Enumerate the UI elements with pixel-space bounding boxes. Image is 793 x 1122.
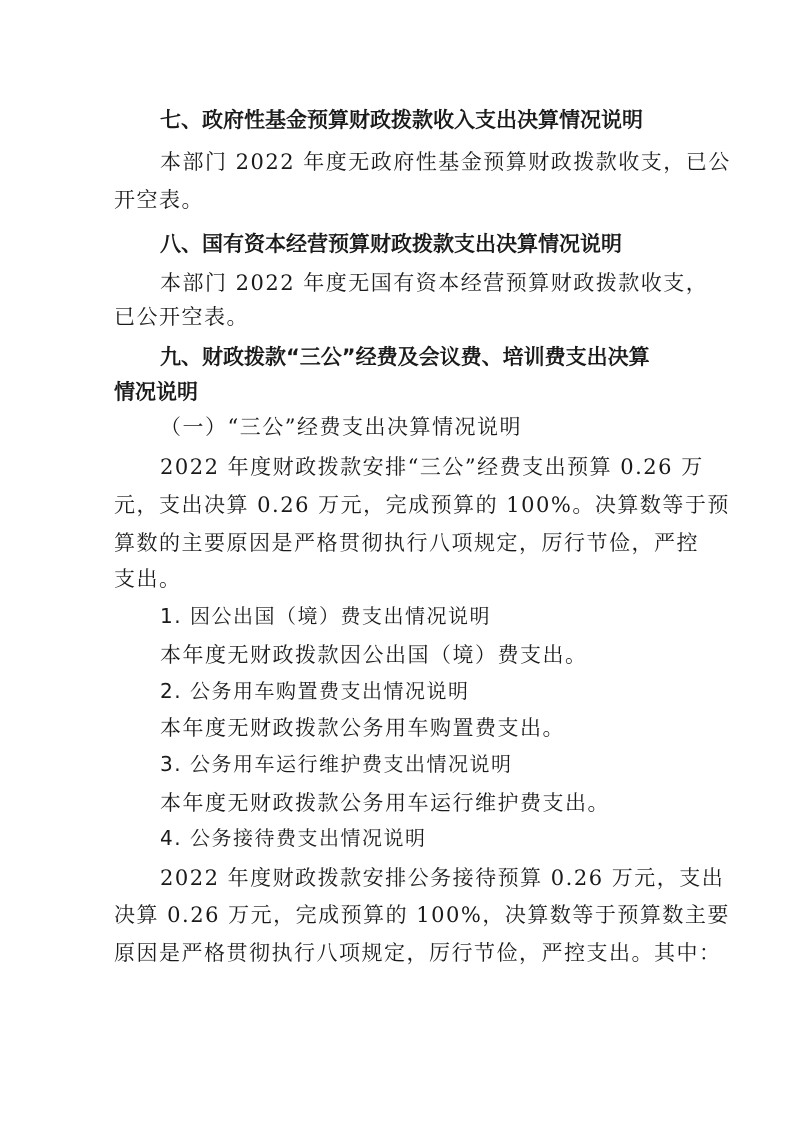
document-page: 七、政府性基金预算财政拨款收入支出决算情况说明 本部门 2022 年度无政府性基… xyxy=(0,0,793,1122)
section-8-paragraph-line2: 已公开空表。 xyxy=(114,305,249,329)
section-7-heading: 七、政府性基金预算财政拨款收入支出决算情况说明 xyxy=(160,108,643,132)
subsection-1-paragraph-line1: 2022 年度财政拨款安排“三公”经费支出预算 0.26 万 xyxy=(160,455,704,479)
item-4-text-line3: 原因是严格贯彻执行八项规定，厉行节俭，严控支出。其中： xyxy=(114,941,722,965)
section-8-paragraph-line1: 本部门 2022 年度无国有资本经营预算财政拨款收支， xyxy=(160,271,708,295)
item-4-heading: 4. 公务接待费支出情况说明 xyxy=(160,826,426,850)
subsection-1-paragraph-line3: 算数的主要原因是严格贯彻执行八项规定，厉行节俭，严控 xyxy=(114,531,699,555)
item-4-text-line1: 2022 年度财政拨款安排公务接待预算 0.26 万元，支出 xyxy=(160,866,724,890)
subsection-1-paragraph-line2: 元，支出决算 0.26 万元，完成预算的 100%。决算数等于预 xyxy=(114,493,730,517)
item-1-heading: 1. 因公出国（境）费支出情况说明 xyxy=(160,604,491,628)
item-1-text: 本年度无财政拨款因公出国（境）费支出。 xyxy=(160,643,588,667)
section-8-heading: 八、国有资本经营预算财政拨款支出决算情况说明 xyxy=(160,232,622,256)
item-4-text-line2: 决算 0.26 万元，完成预算的 100%，决算数等于预算数主要 xyxy=(114,903,730,927)
section-9-heading-line1: 九、财政拨款“三公”经费及会议费、培训费支出决算 xyxy=(160,345,650,369)
subsection-1-paragraph-line4: 支出。 xyxy=(114,567,182,591)
section-7-paragraph-line2: 开空表。 xyxy=(114,188,204,212)
item-2-heading: 2. 公务用车购置费支出情况说明 xyxy=(160,679,469,703)
item-3-heading: 3. 公务用车运行维护费支出情况说明 xyxy=(160,752,512,776)
subsection-1-heading: （一）“三公”经费支出决算情况说明 xyxy=(160,415,522,439)
item-2-text: 本年度无财政拨款公务用车购置费支出。 xyxy=(160,716,565,740)
item-3-text: 本年度无财政拨款公务用车运行维护费支出。 xyxy=(160,791,610,815)
section-7-paragraph-line1: 本部门 2022 年度无政府性基金预算财政拨款收支，已公 xyxy=(160,150,731,174)
section-9-heading-line2: 情况说明 xyxy=(114,380,198,404)
